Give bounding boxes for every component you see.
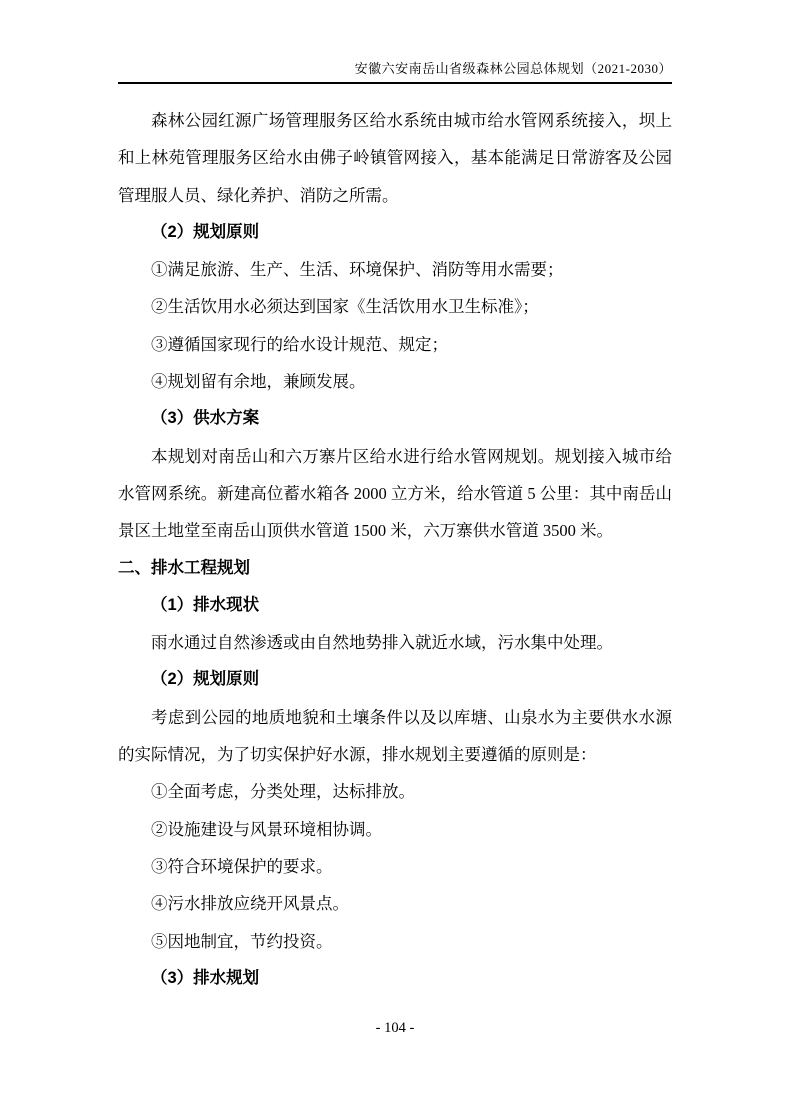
- subsection-heading: （3）排水规划: [118, 960, 672, 997]
- list-item: ③遵循国家现行的给水设计规范、规定；: [118, 326, 672, 363]
- section-heading: 二、排水工程规划: [118, 550, 672, 587]
- list-item: ②设施建设与风景环境相协调。: [118, 811, 672, 848]
- paragraph: 考虑到公园的地质地貌和土壤条件以及以库塘、山泉水为主要供水水源的实际情况，为了切…: [118, 699, 672, 774]
- subsection-heading: （2）规划原则: [118, 661, 672, 698]
- subsection-heading: （2）规划原则: [118, 214, 672, 251]
- list-item: ①全面考虑，分类处理，达标排放。: [118, 773, 672, 810]
- document-body: 森林公园红源广场管理服务区给水系统由城市给水管网系统接入，坝上和上林苑管理服务区…: [118, 102, 672, 997]
- page-number: - 104 -: [376, 1020, 415, 1036]
- subsection-heading: （3）供水方案: [118, 400, 672, 437]
- list-item: ①满足旅游、生产、生活、环境保护、消防等用水需要；: [118, 251, 672, 288]
- document-page: 安徽六安南岳山省级森林公园总体规划（2021-2030） 森林公园红源广场管理服…: [0, 0, 790, 1118]
- paragraph: 雨水通过自然渗透或由自然地势排入就近水域，污水集中处理。: [118, 624, 672, 661]
- list-item: ④污水排放应绕开风景点。: [118, 885, 672, 922]
- header-title: 安徽六安南岳山省级森林公园总体规划（2021-2030）: [118, 59, 672, 84]
- paragraph: 森林公园红源广场管理服务区给水系统由城市给水管网系统接入，坝上和上林苑管理服务区…: [118, 102, 672, 214]
- list-item: ⑤因地制宜，节约投资。: [118, 923, 672, 960]
- list-item: ②生活饮用水必须达到国家《生活饮用水卫生标准》；: [118, 288, 672, 325]
- list-item: ④规划留有余地，兼顾发展。: [118, 363, 672, 400]
- list-item: ③符合环境保护的要求。: [118, 848, 672, 885]
- paragraph: 本规划对南岳山和六万寨片区给水进行给水管网规划。规划接入城市给水管网系统。新建高…: [118, 438, 672, 550]
- page-header: 安徽六安南岳山省级森林公园总体规划（2021-2030）: [118, 0, 672, 84]
- page-footer: - 104 -: [0, 1019, 790, 1037]
- subsection-heading: （1）排水现状: [118, 587, 672, 624]
